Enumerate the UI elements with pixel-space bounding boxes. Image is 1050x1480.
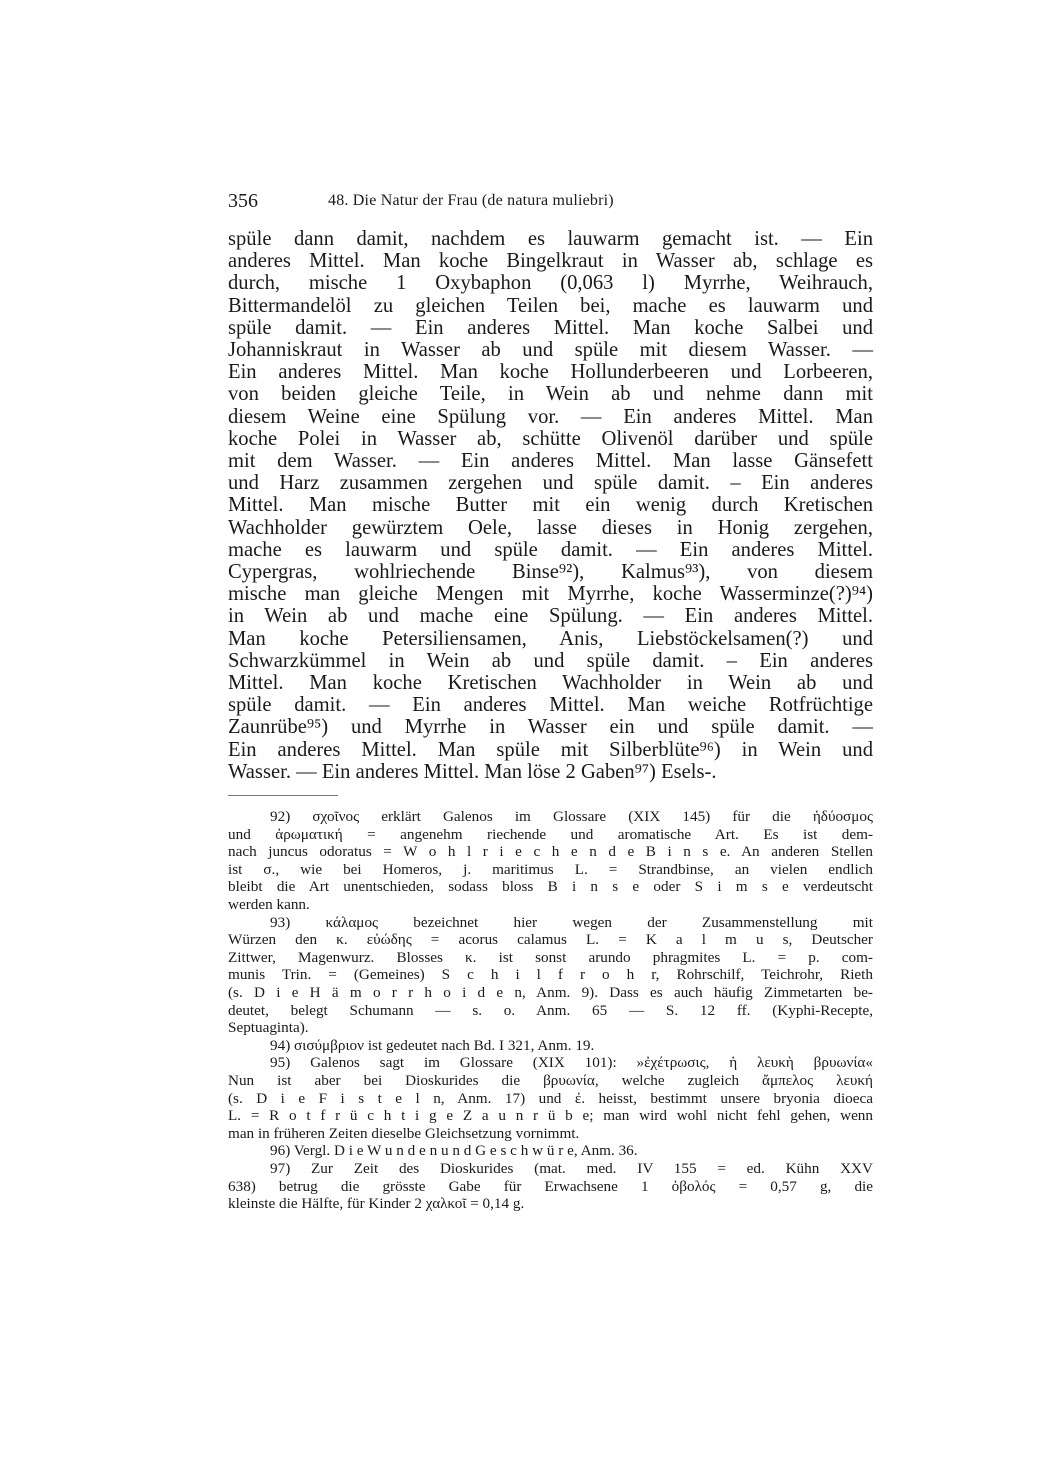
main-text: spüle dann damit, nachdem es lauwarm gem… [228,228,873,783]
footnote-line: 94) σισύμβριον ist gedeutet nach Bd. I 3… [228,1037,873,1055]
page-header: 356 48. Die Natur der Frau (de natura mu… [228,190,873,220]
text-line: in Wein ab und mache eine Spülung. — Ein… [228,605,873,627]
text-line: durch, mische 1 Oxybaphon (0,063 l) Myrr… [228,272,873,294]
footnote-92: 92) σχοῖνος erklärt Galenos im Glossare … [228,808,873,914]
footnote-line: Nun ist aber bei Dioskurides die βρυωνία… [228,1072,873,1090]
text-line: Wachholder gewürztem Oele, lasse dieses … [228,517,873,539]
text-line: diesem Weine eine Spülung vor. — Ein and… [228,406,873,428]
footnote-line: kleinste die Hälfte, für Kinder 2 χαλκοῖ… [228,1195,873,1213]
footnote-line: L. = R o t f r ü c h t i g e Z a u n r ü… [228,1107,873,1125]
text-line: Mittel. Man koche Kretischen Wachholder … [228,672,873,694]
footnote-line: Zittwer, Magenwurz. Blosses κ. ist sonst… [228,949,873,967]
text-line: mische man gleiche Mengen mit Myrrhe, ko… [228,583,873,605]
text-line: Johanniskraut in Wasser ab und spüle mit… [228,339,873,361]
text-line: Cypergras, wohlriechende Binse⁹²), Kalmu… [228,561,873,583]
footnote-line: nach juncus odoratus = W o h l r i e c h… [228,843,873,861]
footnote-line: 638) betrug die grösste Gabe für Erwachs… [228,1178,873,1196]
footnote-line: munis Trin. = (Gemeines) S c h i l f r o… [228,966,873,984]
footnote-line: bleibt die Art unentschieden, sodass blo… [228,878,873,896]
footnote-97: 97) Zur Zeit des Dioskurides (mat. med. … [228,1160,873,1213]
footnote-line: 92) σχοῖνος erklärt Galenos im Glossare … [228,808,873,826]
text-line: Wasser. — Ein anderes Mittel. Man löse 2… [228,761,873,783]
text-line: Mittel. Man mische Butter mit ein wenig … [228,494,873,516]
text-line: spüle damit. — Ein anderes Mittel. Man w… [228,694,873,716]
footnote-line: ist σ., wie bei Homeros, j. maritimus L.… [228,861,873,879]
running-title: 48. Die Natur der Frau (de natura mulieb… [328,192,614,210]
footnote-separator [228,795,338,796]
text-line: anderes Mittel. Man koche Bingelkraut in… [228,250,873,272]
text-line: spüle dann damit, nachdem es lauwarm gem… [228,228,873,250]
footnote-line: 96) Vergl. D i e W u n d e n u n d G e s… [228,1142,873,1160]
text-line: und Harz zusammen zergehen und spüle dam… [228,472,873,494]
footnote-line: werden kann. [228,896,873,914]
footnote-line: (s. D i e F i s t e l n, Anm. 17) und ἐ.… [228,1090,873,1108]
text-line: Ein anderes Mittel. Man spüle mit Silber… [228,739,873,761]
footnotes: 92) σχοῖνος erklärt Galenos im Glossare … [228,808,873,1213]
footnote-93: 93) κάλαμος bezeichnet hier wegen der Zu… [228,914,873,1037]
footnote-line: deutet, belegt Schumann — s. o. Anm. 65 … [228,1002,873,1020]
footnote-line: Septuaginta). [228,1019,873,1037]
footnote-95: 95) Galenos sagt im Glossare (XIX 101): … [228,1054,873,1142]
footnote-line: man in früheren Zeiten dieselbe Gleichse… [228,1125,873,1143]
text-line: koche Polei in Wasser ab, schütte Oliven… [228,428,873,450]
footnote-line: Würzen den κ. εὐώδης = acorus calamus L.… [228,931,873,949]
footnote-line: 95) Galenos sagt im Glossare (XIX 101): … [228,1054,873,1072]
text-line: mit dem Wasser. — Ein anderes Mittel. Ma… [228,450,873,472]
text-line: von beiden gleiche Teile, in Wein ab und… [228,383,873,405]
text-line: Schwarzkümmel in Wein ab und spüle damit… [228,650,873,672]
text-line: Man koche Petersiliensamen, Anis, Liebst… [228,628,873,650]
text-line: Zaunrübe⁹⁵) und Myrrhe in Wasser ein und… [228,716,873,738]
footnote-line: (s. D i e H ä m o r r h o i d e n, Anm. … [228,984,873,1002]
text-line: mache es lauwarm und spüle damit. — Ein … [228,539,873,561]
text-line: Bittermandelöl zu gleichen Teilen bei, m… [228,295,873,317]
text-line: Ein anderes Mittel. Man koche Hollunderb… [228,361,873,383]
footnote-96: 96) Vergl. D i e W u n d e n u n d G e s… [228,1142,873,1160]
footnote-line: 93) κάλαμος bezeichnet hier wegen der Zu… [228,914,873,932]
page-number: 356 [228,190,258,213]
text-line: spüle damit. — Ein anderes Mittel. Man k… [228,317,873,339]
footnote-94: 94) σισύμβριον ist gedeutet nach Bd. I 3… [228,1037,873,1055]
footnote-line: 97) Zur Zeit des Dioskurides (mat. med. … [228,1160,873,1178]
book-page: 356 48. Die Natur der Frau (de natura mu… [228,190,873,1213]
footnote-line: und ἀρωματική = angenehm riechende und a… [228,826,873,844]
